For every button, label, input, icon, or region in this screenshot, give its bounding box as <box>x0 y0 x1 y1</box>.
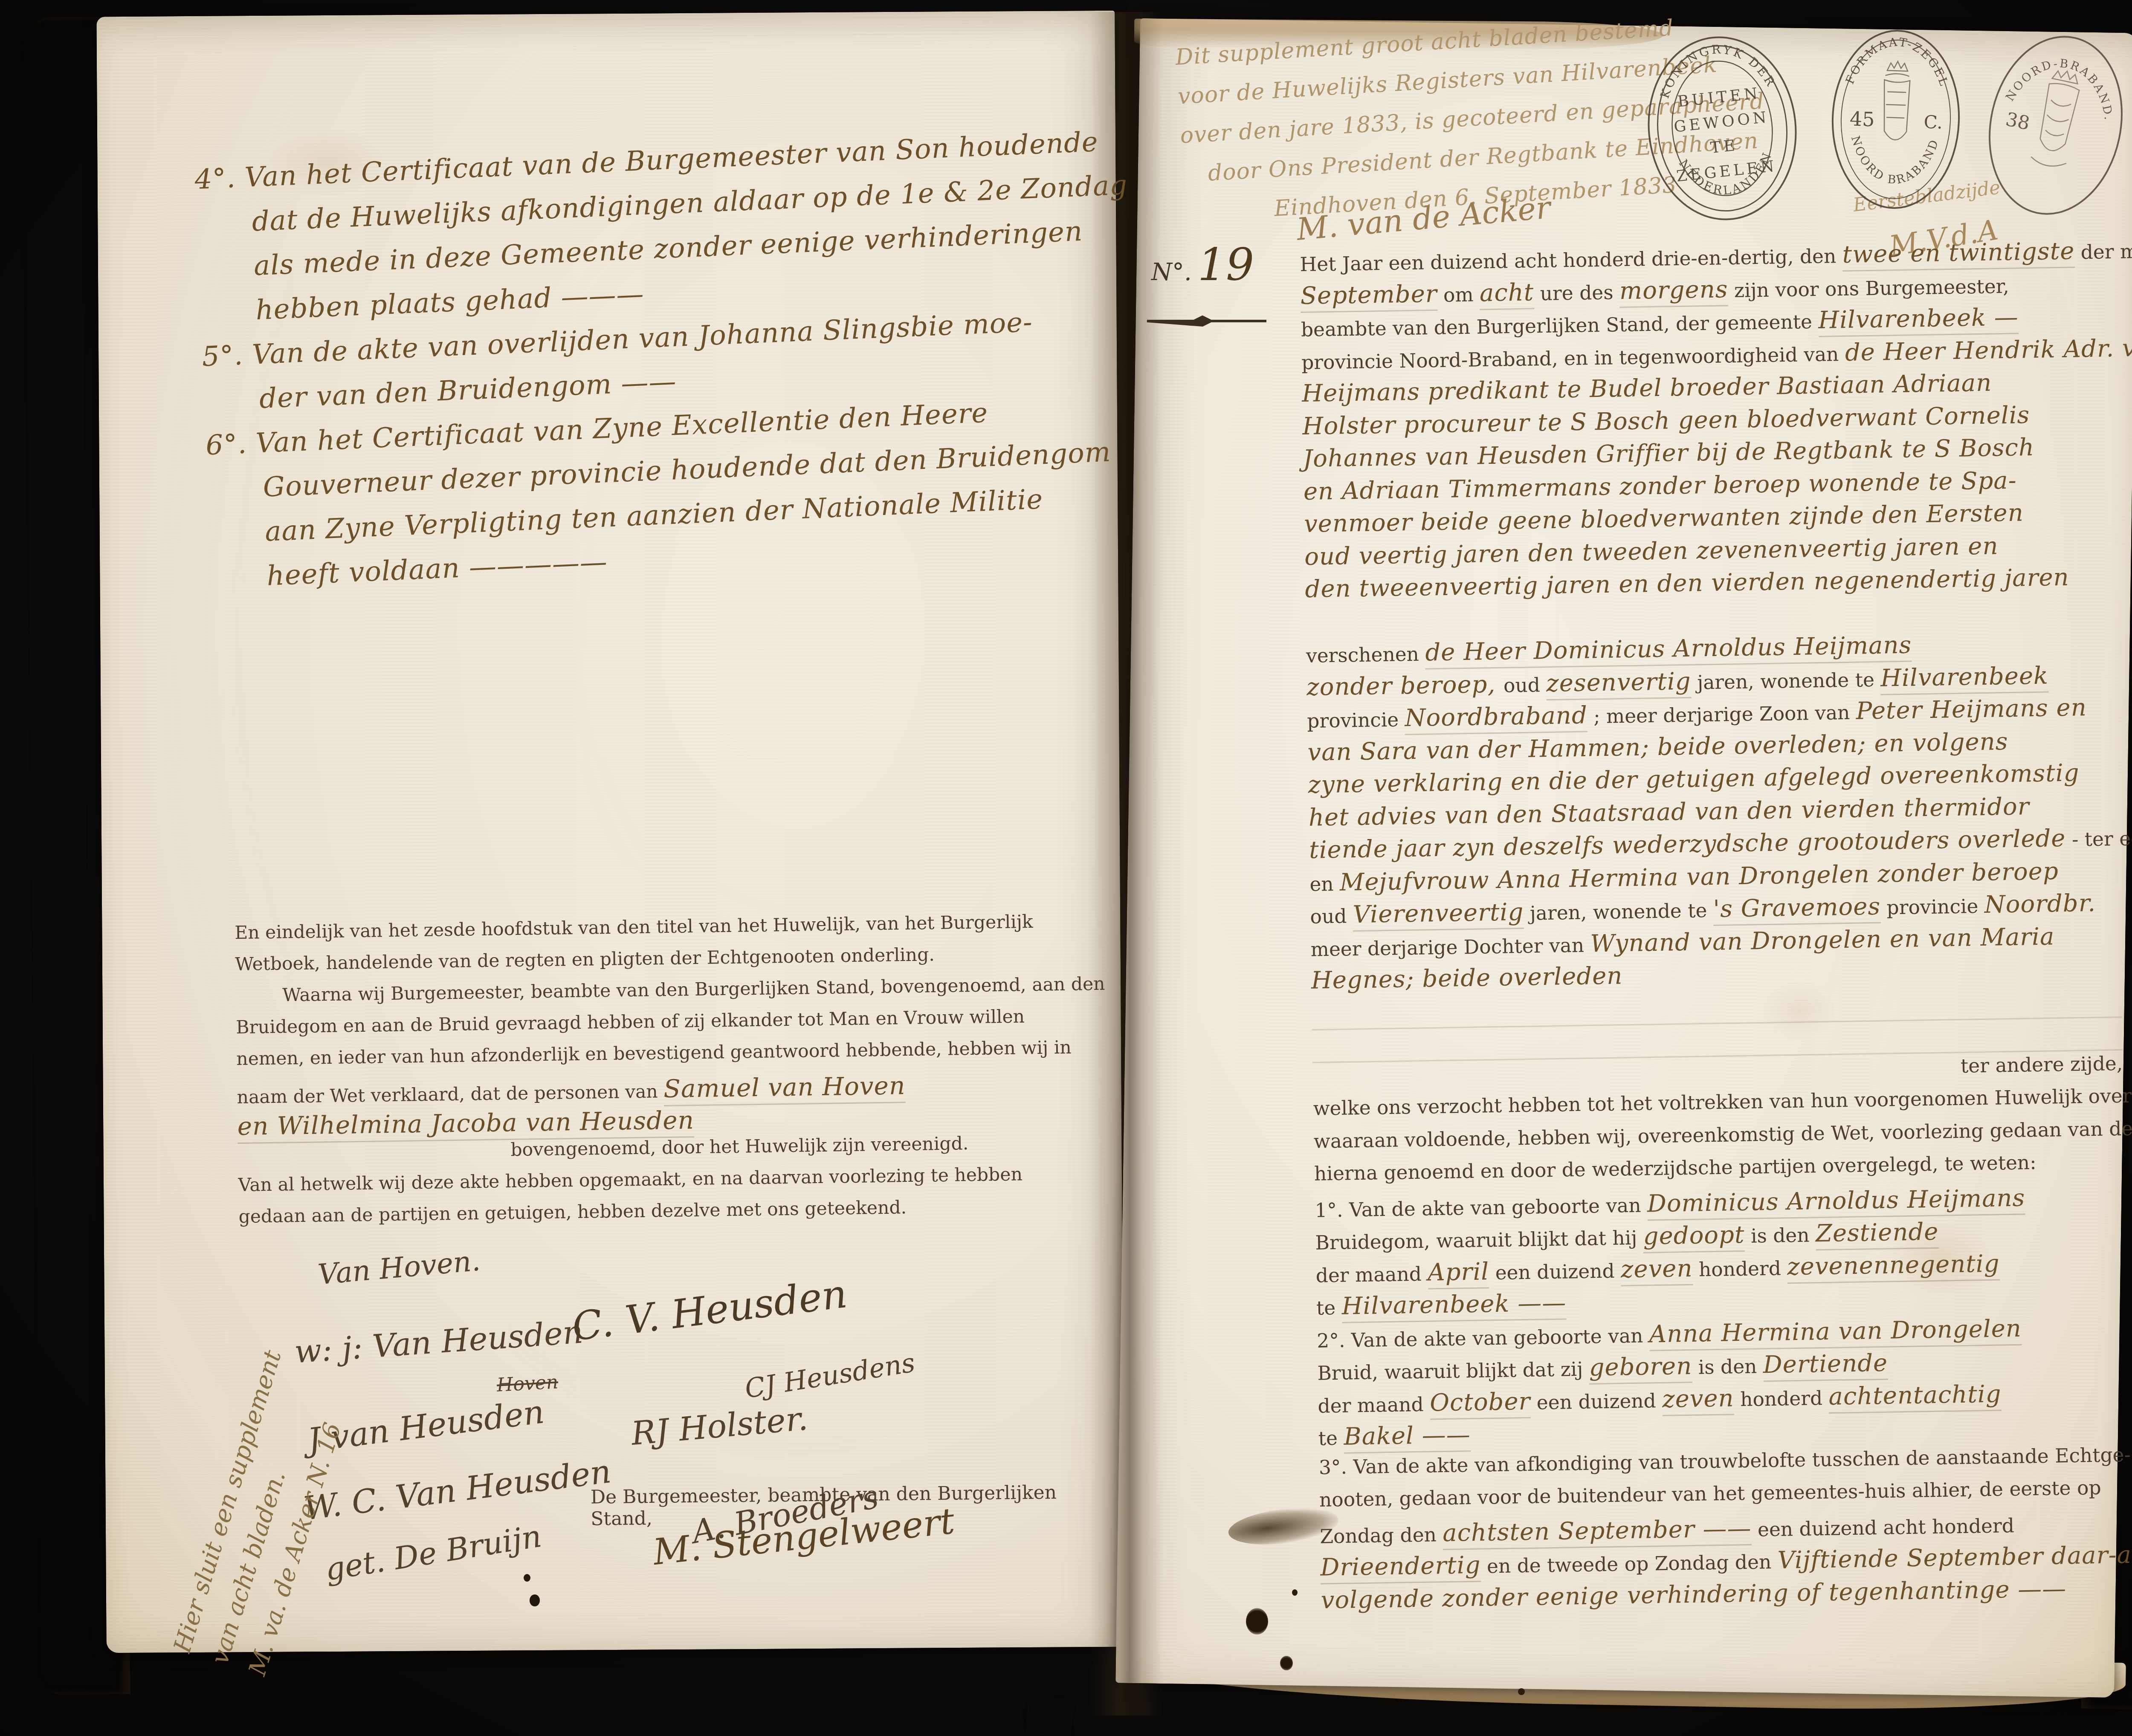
printed-text: beambte van den Burgerlijken Stand, der … <box>1301 310 1819 341</box>
handwritten-text: achtentachtig <box>1828 1380 2002 1413</box>
printed-text: meer derjarige Dochter van <box>1310 934 1590 961</box>
printed-text: ure des <box>1534 281 1620 305</box>
printed-text: der maand <box>2074 239 2132 263</box>
act-number-value: 19 <box>1198 239 1254 291</box>
handwritten-text: gedoopt <box>1643 1221 1745 1253</box>
handwritten-text: Noordbraband <box>1405 702 1587 735</box>
handwritten-text: Bakel —— <box>1344 1421 1471 1454</box>
printed-text: een duizend <box>1530 1389 1663 1414</box>
handwritten-text: morgens <box>1619 275 1728 308</box>
handwritten-text: acht <box>1479 278 1534 310</box>
printed-text: een duizend <box>1489 1259 1621 1284</box>
printed-text: jaren, wonende te <box>1524 899 1713 925</box>
handwritten-text: Vijftiende September daar-aan <box>1777 1541 2132 1574</box>
stamp2-denomination-45: 45 <box>1849 107 1875 131</box>
handwritten-text: zesenvertig <box>1546 667 1691 700</box>
handwritten-text: Hilvarenbeek —— <box>1341 1289 1567 1323</box>
printed-text: Bruid, waaruit blijkt dat zij <box>1317 1358 1589 1385</box>
green-ribbon-bookmark <box>1025 1696 1074 1736</box>
handwritten-text: Vierenveertig <box>1353 898 1524 932</box>
printed-text: der maand <box>1318 1393 1430 1417</box>
stamp1-center-line1: BUITEN <box>1677 84 1761 110</box>
printed-text: naam der Wet verklaard, dat de personen … <box>237 1081 663 1108</box>
ink-dot <box>1518 1688 1525 1695</box>
handwritten-text: Noordbr. <box>1984 889 2096 919</box>
printed-text: provincie <box>1880 895 1985 919</box>
printed-text: honderd <box>1692 1257 1787 1281</box>
act-number-label: N°. <box>1151 258 1192 286</box>
printed-text: verschenen <box>1306 642 1425 667</box>
stamp3-number-38: 38 <box>2004 108 2031 135</box>
printed-text: is den <box>1744 1224 1816 1247</box>
printed-text: en <box>1309 872 1340 895</box>
printed-text: provincie Noord-Braband, en in tegenwoor… <box>1301 342 1845 373</box>
handwritten-text: Peter Heijmans en <box>1856 694 2087 725</box>
printed-text: 2°. Van de akte van geboorte van <box>1317 1324 1649 1352</box>
printed-text: provincie <box>1307 708 1405 732</box>
handwritten-text: Samuel van Hoven <box>663 1071 906 1106</box>
stamp1-center-line3: TE <box>1709 137 1738 157</box>
signature-hoven-struck: Hoven <box>496 1371 559 1396</box>
ink-spot <box>530 1594 540 1606</box>
handwritten-text: Hilvarenbeek <box>1880 662 2049 695</box>
stamp1-center-line2: GEWOON <box>1673 108 1770 136</box>
handwritten-text: zeven <box>1662 1384 1735 1416</box>
handwritten-text: Hilvarenbeek — <box>1818 304 2019 337</box>
handwritten-text: 's Gravemoes <box>1713 893 1880 926</box>
handwritten-text: April <box>1428 1258 1489 1289</box>
marriage-act-body: Het Jaar een duizend acht honderd drie-e… <box>1300 237 2131 1619</box>
stamp2-ring-bottom-text: NOORD BRABAND <box>1847 134 1942 188</box>
printed-text: en de tweede op Zondag den <box>1480 1551 1778 1578</box>
handwritten-text: geboren <box>1589 1352 1692 1385</box>
handwritten-text: Dertiende <box>1763 1349 1888 1382</box>
handwritten-text: zevenennegentig <box>1787 1250 2000 1284</box>
ink-spot <box>524 1574 530 1582</box>
ink-blot <box>1246 1608 1268 1635</box>
handwritten-text: September <box>1300 280 1437 312</box>
stamp-formaat-zegel-45c: FORMAAT-ZEGEL NOORD BRABAND 45 C. <box>1826 26 1966 213</box>
handwritten-text: Hegnes; beide overleden <box>1311 962 1622 994</box>
printed-text: jaren, wonende te <box>1691 668 1880 694</box>
printed-text: 1°. Van de akte van geboorte van <box>1315 1194 1647 1221</box>
printed-text: ter andere zijde, <box>1961 1052 2123 1077</box>
printed-text: oud <box>1310 905 1353 928</box>
handwritten-text: de Heer Hendrik Adr. van <box>1845 334 2132 367</box>
stamp-koningrijk-der-nederlanden: KONINGRYK DER NEDERLANDEN BUITEN GEWOON … <box>1636 26 1809 230</box>
handwritten-text: October <box>1430 1387 1531 1420</box>
handwritten-text: zeven <box>1620 1254 1693 1286</box>
printed-text: oud <box>1503 674 1547 697</box>
handwritten-text: Drieendertig <box>1320 1551 1481 1585</box>
printed-text: is den <box>1692 1355 1763 1379</box>
act-number-ornament <box>1143 311 1271 331</box>
printed-text: te <box>1318 1427 1344 1450</box>
stamp2-denomination-c: C. <box>1923 111 1943 133</box>
handwritten-text: twee en twintigste <box>1842 237 2075 272</box>
printed-text: te <box>1316 1296 1342 1319</box>
handwritten-text: Dominicus Arnoldus Heijmans <box>1647 1184 2025 1221</box>
stamp3-crest <box>2030 67 2085 169</box>
handwritten-text: zonder beroep, <box>1306 670 1504 701</box>
printed-text: Zondag den <box>1320 1523 1443 1548</box>
stamp2-crowned-shield <box>1882 61 1910 140</box>
left-page-certificates-list: 4°. Van het Certificaat van de Burgemees… <box>194 126 1133 608</box>
printed-text: ; meer derjarige Zoon van <box>1587 701 1856 728</box>
printed-text: honderd <box>1734 1386 1829 1410</box>
printed-text: der maand <box>1315 1262 1428 1287</box>
ink-dot <box>1292 1589 1298 1596</box>
printed-text: zijn voor ons Burgemeester, <box>1728 275 2009 301</box>
act-number: N°.19 <box>1151 239 1254 291</box>
printed-text: - ter eene, <box>2065 827 2132 851</box>
printed-text: Het Jaar een duizend acht honderd drie-e… <box>1300 245 1842 276</box>
handwritten-text: achtsten September —— <box>1443 1514 1752 1550</box>
printed-text: Bruidegom, waaruit blijkt dat hij <box>1315 1227 1643 1254</box>
handwritten-text: Zestiende <box>1816 1218 1939 1251</box>
photographed-register-spread: der maand zijn voor ons Burgemeester, 4°… <box>0 0 2132 1736</box>
svg-text:NOORD BRABAND: NOORD BRABAND <box>1847 134 1942 188</box>
ink-blot <box>1280 1656 1293 1670</box>
printed-text: om <box>1437 283 1480 307</box>
printed-text: een duizend acht honderd <box>1751 1514 2014 1541</box>
handwritten-text: Anna Hermina van Drongelen <box>1649 1314 2022 1351</box>
